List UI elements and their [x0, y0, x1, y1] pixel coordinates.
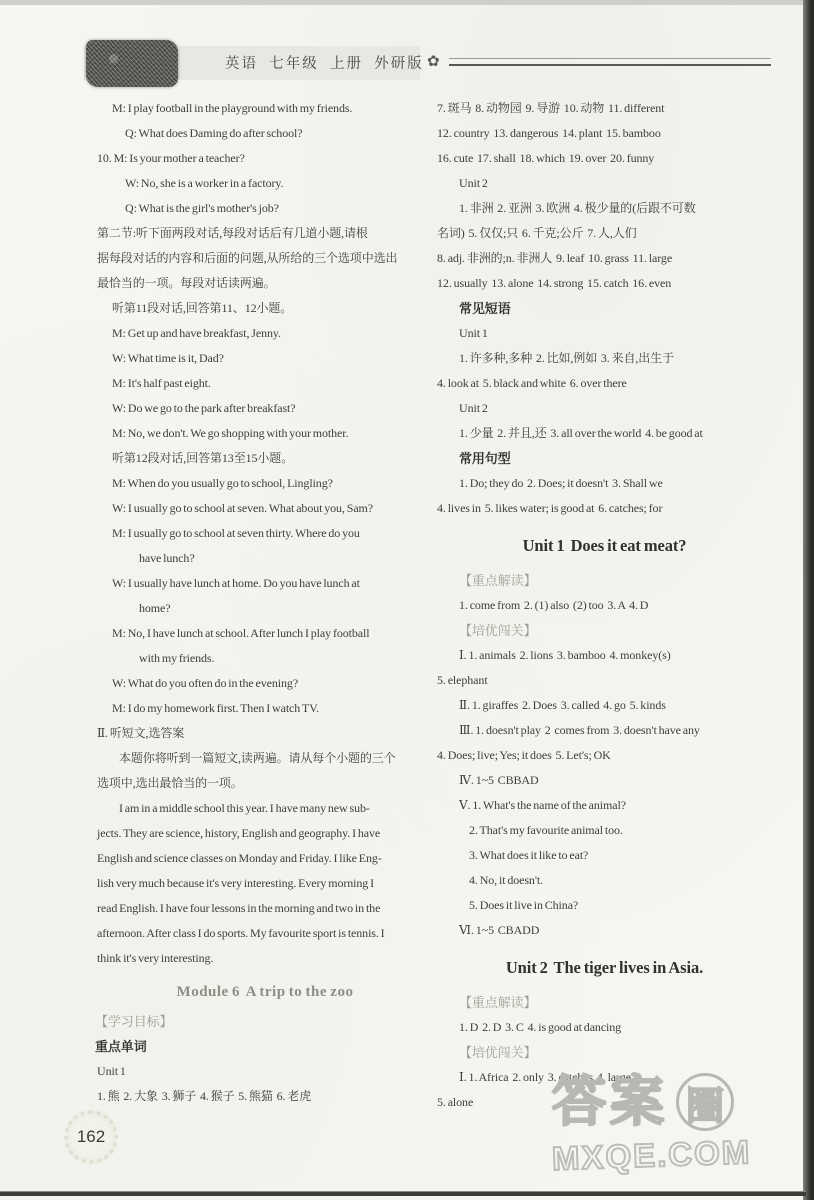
text-line: 1. Do; they do 2. Does; it doesn't 3. Sh…	[435, 471, 774, 496]
text-line: jects. They are science, history, Englis…	[95, 821, 435, 846]
text-line: Ⅱ. 1. giraffes 2. Does 3. called 4. go 5…	[435, 693, 774, 718]
text-line: M: Get up and have breakfast, Jenny.	[95, 321, 435, 346]
watermark: 答案 圈 MXQE.COM	[552, 1072, 802, 1178]
text-line: 1. D 2. D 3. C 4. is good at dancing	[435, 1015, 774, 1040]
flower-icon: ✿	[427, 52, 440, 70]
text-line: Ⅴ. 1. What's the name of the animal?	[435, 793, 774, 818]
text-line: Unit 1	[435, 321, 774, 346]
text-line: W: What time is it, Dad?	[95, 346, 435, 371]
text-line: English and science classes on Monday an…	[95, 846, 435, 871]
text-line: Unit 2	[435, 396, 774, 421]
text-line: 1. 少量 2. 并且,还 3. all over the world 4. b…	[435, 421, 774, 446]
text-line: read English. I have four lessons in the…	[95, 896, 435, 921]
text-line: 1. 熊 2. 大象 3. 狮子 4. 猴子 5. 熊猫 6. 老虎	[95, 1084, 435, 1109]
text-line: 16. cute 17. shall 18. which 19. over 20…	[435, 146, 774, 171]
text-line: 2. That's my favourite animal too.	[435, 818, 774, 843]
text-line: 7. 斑马 8. 动物园 9. 导游 10. 动物 11. different	[435, 96, 774, 121]
text-line: M: No, I have lunch at school. After lun…	[95, 621, 435, 646]
bottom-rule	[0, 1191, 806, 1196]
header-series-label: 英语 七年级 上册 外研版	[225, 52, 425, 76]
text-line: 10. M: Is your mother a teacher?	[95, 146, 435, 171]
text-line: M: When do you usually go to school, Lin…	[95, 471, 435, 496]
text-line: 【培优闯关】	[435, 618, 774, 643]
publisher-stamp	[86, 40, 178, 87]
watermark-domain: MXQE.COM	[551, 1131, 802, 1178]
text-line: Ⅱ. 听短文,选答案	[95, 721, 435, 746]
watermark-text: 答案	[552, 1072, 668, 1132]
text-line: 第二节:听下面两段对话,每段对话后有几道小题,请根	[95, 221, 435, 246]
text-line: 4. No, it doesn't.	[435, 868, 774, 893]
text-line: 1. come from 2. (1) also (2) too 3. A 4.…	[435, 593, 774, 618]
text-line: 4. look at 5. black and white 6. over th…	[435, 371, 774, 396]
text-line: think it's very interesting.	[95, 946, 435, 971]
text-line: 本题你将听到一篇短文,读两遍。请从每个小题的三个	[95, 746, 435, 771]
scan-right-edge-shadow	[803, 0, 814, 1200]
text-line: Ⅳ. 1~5 CBBAD	[435, 768, 774, 793]
page-number-badge: 162	[64, 1110, 118, 1164]
watermark-circle-badge: 圈	[676, 1073, 734, 1131]
text-line: lish very much because it's very interes…	[95, 871, 435, 896]
text-line: 选项中,选出最恰当的一项。	[95, 771, 435, 796]
text-line: Q: What does Daming do after school?	[95, 121, 435, 146]
text-line: Unit 1	[95, 1059, 435, 1084]
content-columns: M: I play football in the playground wit…	[95, 96, 774, 1115]
text-line: Module 6 A trip to the zoo	[95, 979, 435, 1005]
text-line: 听第12段对话,回答第13至15小题。	[95, 446, 435, 471]
text-line: Unit 2 The tiger lives in Asia.	[435, 953, 774, 983]
text-line: 5. Does it live in China?	[435, 893, 774, 918]
text-line: 12. country 13. dangerous 14. plant 15. …	[435, 121, 774, 146]
scanned-answer-page: 英语 七年级 上册 外研版 ✿ M: I play football in th…	[0, 0, 814, 1200]
text-line: 12. usually 13. alone 14. strong 15. cat…	[435, 271, 774, 296]
text-line: W: I usually go to school at seven. What…	[95, 496, 435, 521]
text-line: W: What do you often do in the evening?	[95, 671, 435, 696]
text-line: 1. 非洲 2. 亚洲 3. 欧洲 4. 极少量的(后跟不可数	[435, 196, 774, 221]
text-line: M: I usually go to school at seven thirt…	[95, 521, 435, 546]
text-line: I am in a middle school this year. I hav…	[95, 796, 435, 821]
text-line: 【重点解读】	[435, 568, 774, 593]
left-column: M: I play football in the playground wit…	[95, 96, 435, 1115]
text-line: Ⅰ. 1. animals 2. lions 3. bamboo 4. monk…	[435, 643, 774, 668]
text-line: Ⅲ. 1. doesn't play 2 comes from 3. doesn…	[435, 718, 774, 743]
right-column: 7. 斑马 8. 动物园 9. 导游 10. 动物 11. different1…	[435, 96, 774, 1115]
text-line: 【重点解读】	[435, 990, 774, 1015]
text-line: 4. Does; live; Yes; it does 5. Let's; OK	[435, 743, 774, 768]
text-line: 听第11段对话,回答第11、12小题。	[95, 296, 435, 321]
header-rule	[449, 58, 771, 66]
text-line: 1. 许多种,多种 2. 比如,例如 3. 来自,出生于	[435, 346, 774, 371]
text-line: 4. lives in 5. likes water; is good at 6…	[435, 496, 774, 521]
text-line: 常见短语	[435, 296, 774, 321]
text-line: with my friends.	[95, 646, 435, 671]
text-line: Unit 2	[435, 171, 774, 196]
text-line: W: No, she is a worker in a factory.	[95, 171, 435, 196]
text-line: 最恰当的一项。每段对话读两遍。	[95, 271, 435, 296]
text-line: M: No, we don't. We go shopping with you…	[95, 421, 435, 446]
text-line: 3. What does it like to eat?	[435, 843, 774, 868]
text-line: 【学习目标】	[95, 1009, 435, 1034]
text-line: W: Do we go to the park after breakfast?	[95, 396, 435, 421]
text-line: M: I do my homework first. Then I watch …	[95, 696, 435, 721]
text-line: Ⅵ. 1~5 CBADD	[435, 918, 774, 943]
text-line: 常用句型	[435, 446, 774, 471]
text-line: 5. elephant	[435, 668, 774, 693]
text-line: M: I play football in the playground wit…	[95, 96, 435, 121]
text-line: W: I usually have lunch at home. Do you …	[95, 571, 435, 596]
text-line: 据每段对话的内容和后面的问题,从所给的三个选项中选出	[95, 246, 435, 271]
text-line: Unit 1 Does it eat meat?	[435, 531, 774, 561]
text-line: 重点单词	[95, 1034, 435, 1059]
text-line: 【培优闯关】	[435, 1040, 774, 1065]
text-line: 名词) 5. 仅仅;只 6. 千克;公斤 7. 人,人们	[435, 221, 774, 246]
text-line: have lunch?	[95, 546, 435, 571]
text-line: home?	[95, 596, 435, 621]
scan-top-edge	[0, 0, 814, 5]
text-line: afternoon. After class I do sports. My f…	[95, 921, 435, 946]
text-line: M: It's half past eight.	[95, 371, 435, 396]
text-line: 8. adj. 非洲的;n. 非洲人 9. leaf 10. grass 11.…	[435, 246, 774, 271]
text-line: Q: What is the girl's mother's job?	[95, 196, 435, 221]
